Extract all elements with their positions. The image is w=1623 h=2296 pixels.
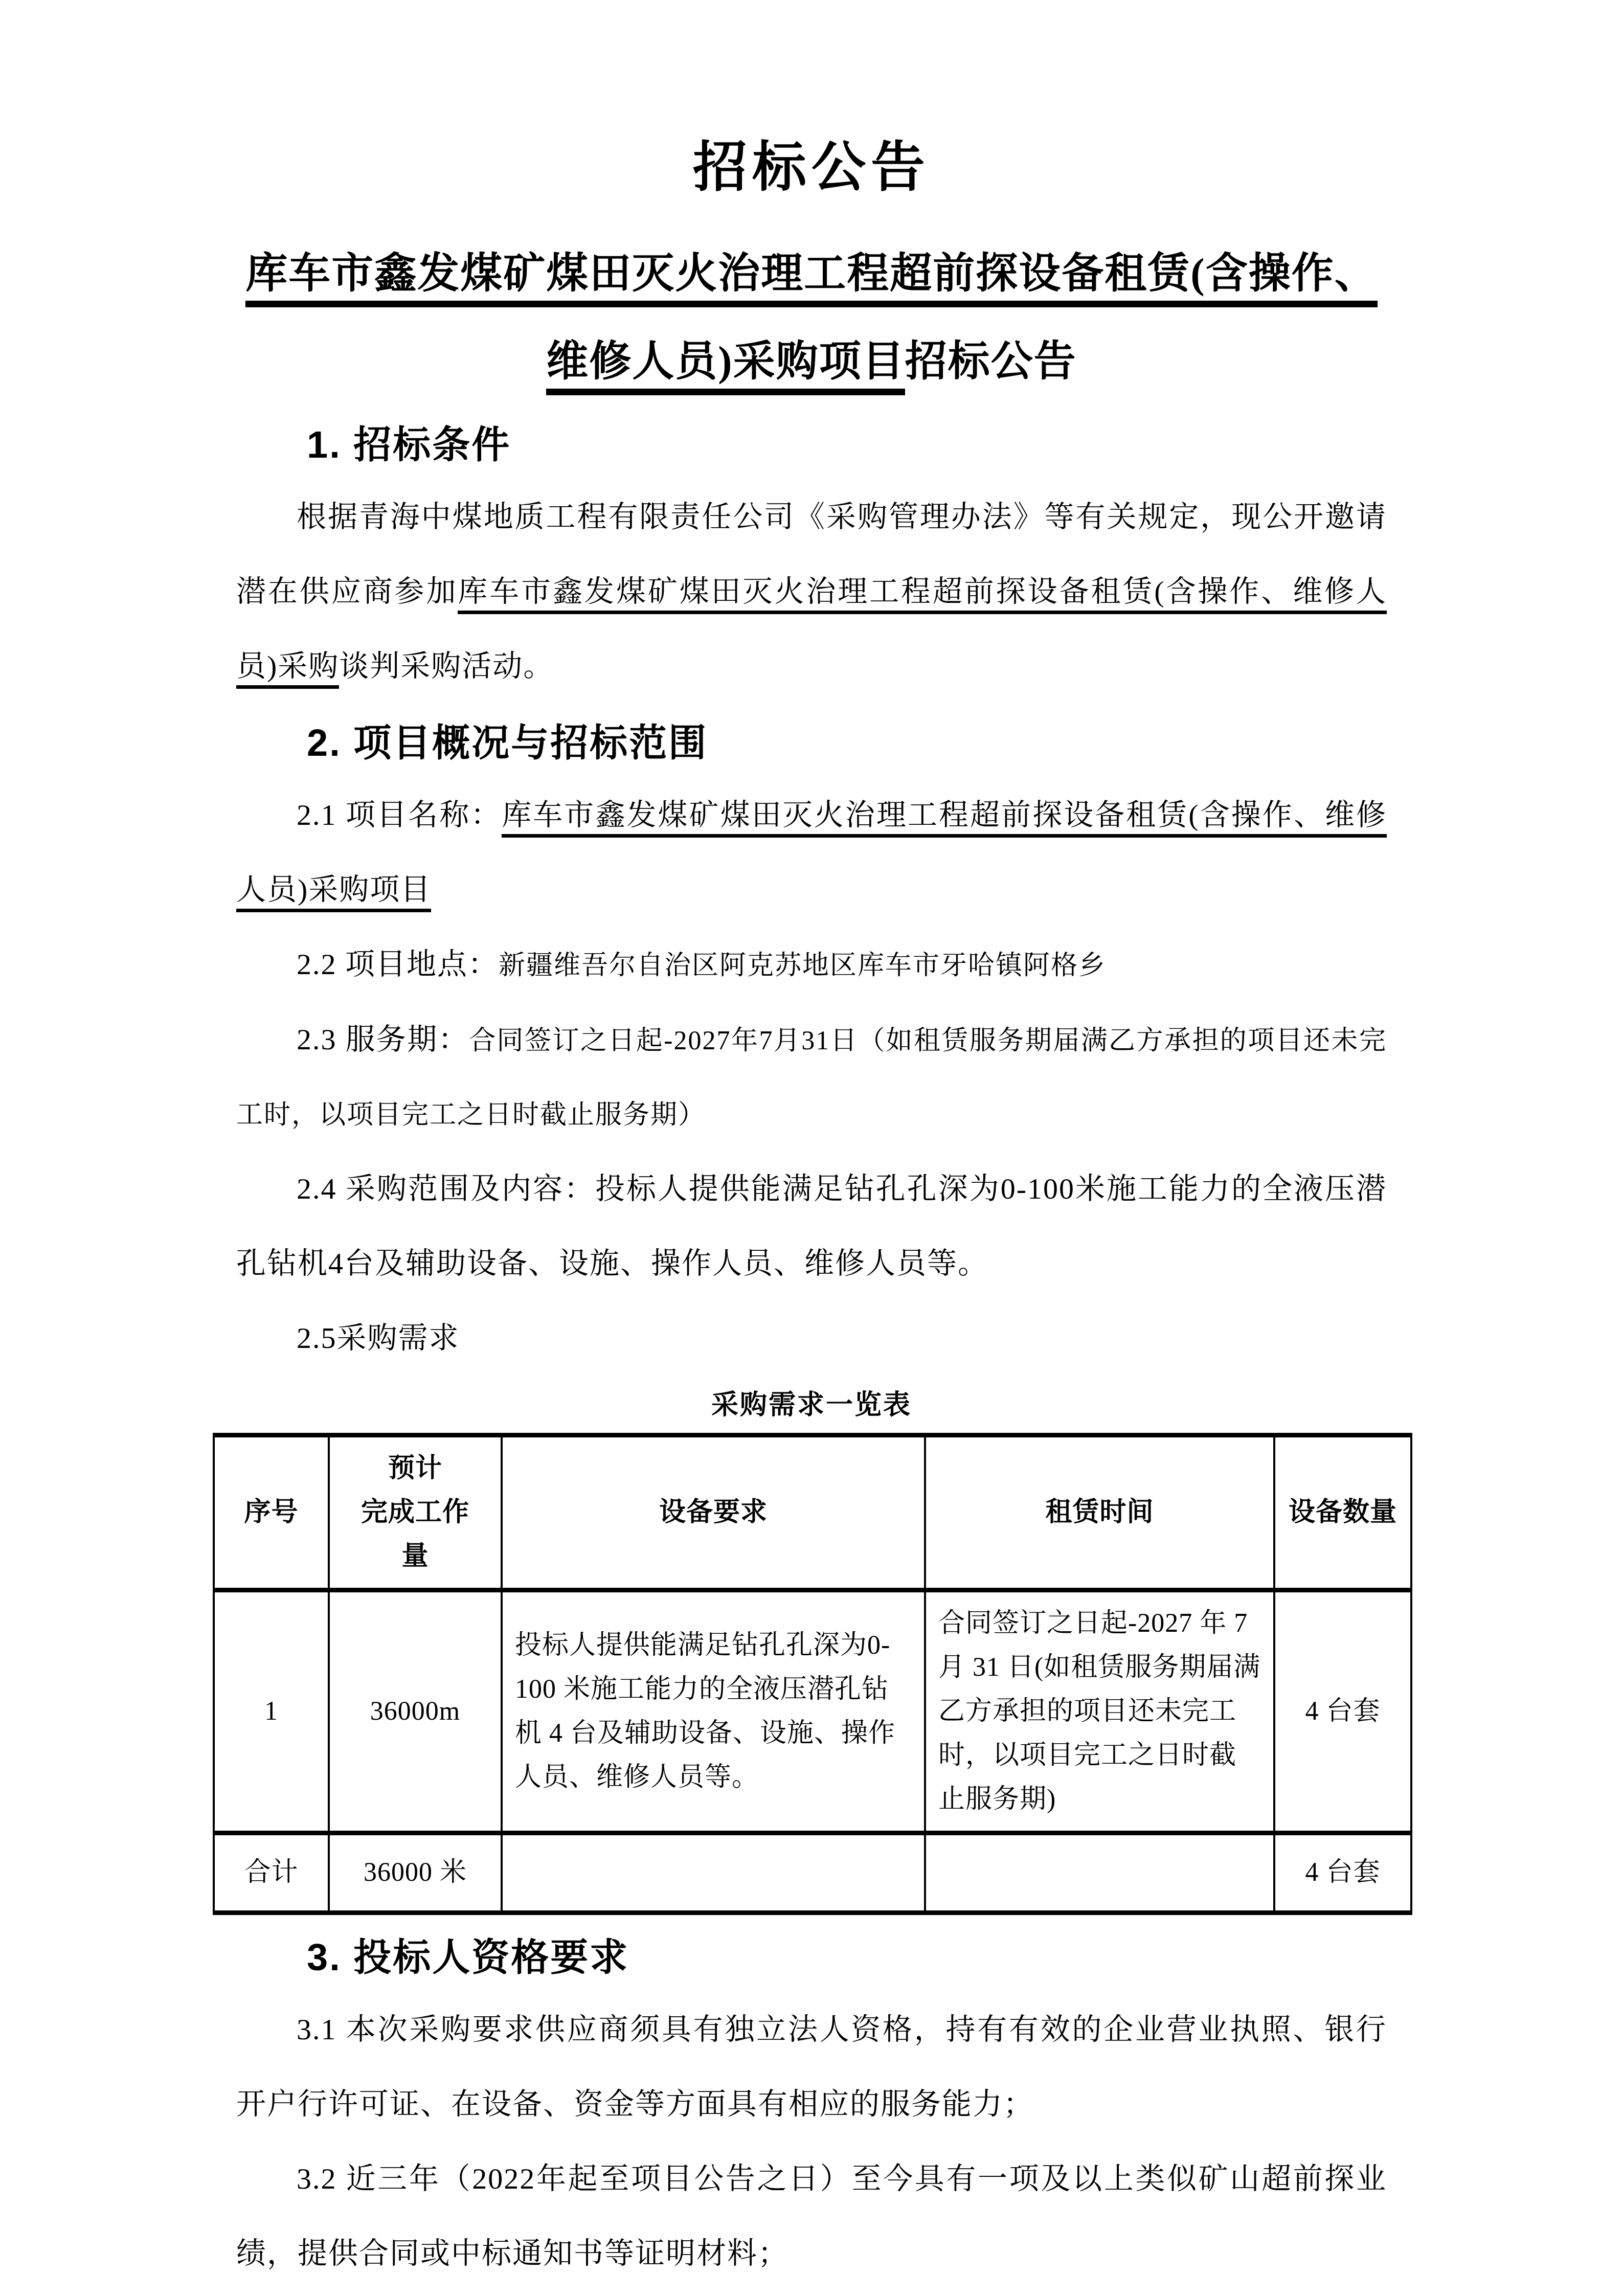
th-lease: 租赁时间: [925, 1435, 1274, 1590]
total-qty: 4 台套: [1274, 1833, 1411, 1912]
section-3-heading: 3. 投标人资格要求: [236, 1935, 1387, 1979]
subtitle-underlined-line1: 库车市鑫发煤矿煤田灭火治理工程超前探设备租赁(含操作、: [245, 250, 1377, 307]
item-2-1-label: 2.1 项目名称：: [297, 798, 502, 831]
th-qty: 设备数量: [1274, 1435, 1411, 1590]
item-2-3: 2.3 服务期：合同签订之日起-2027年7月31日（如租赁服务期届满乙方承担的…: [236, 1003, 1387, 1152]
th-workload: 预计 完成工作 量: [329, 1435, 502, 1590]
total-lease: [925, 1833, 1274, 1912]
cell-equipment: 投标人提供能满足钻孔孔深为0-100 米施工能力的全液压潜孔钻机 4 台及辅助设…: [502, 1590, 925, 1833]
table-header-row: 序号 预计 完成工作 量 设备要求 租赁时间 设备数量: [214, 1435, 1411, 1590]
document-page: 招标公告 库车市鑫发煤矿煤田灭火治理工程超前探设备租赁(含操作、 维修人员)采购…: [0, 0, 1623, 2296]
cell-lease: 合同签订之日起-2027 年 7 月 31 日(如租赁服务期届满乙方承担的项目还…: [925, 1590, 1274, 1833]
section-1-heading: 1. 招标条件: [236, 423, 1387, 466]
cell-seq: 1: [214, 1590, 329, 1833]
doc-subtitle: 库车市鑫发煤矿煤田灭火治理工程超前探设备租赁(含操作、 维修人员)采购项目招标公…: [236, 230, 1387, 406]
item-2-1: 2.1 项目名称：库车市鑫发煤矿煤田灭火治理工程超前探设备租赁(含操作、维修人员…: [236, 778, 1387, 927]
item-2-4: 2.4 采购范围及内容：投标人提供能满足钻孔孔深为0-100米施工能力的全液压潜…: [236, 1152, 1387, 1301]
total-workload: 36000 米: [329, 1833, 502, 1912]
section-1-paragraph: 根据青海中煤地质工程有限责任公司《采购管理办法》等有关规定，现公开邀请潜在供应商…: [236, 480, 1387, 704]
cell-qty: 4 台套: [1274, 1590, 1411, 1833]
subtitle-plain-suffix: 招标公告: [905, 338, 1077, 385]
th-equipment: 设备要求: [502, 1435, 925, 1590]
page-title: 招标公告: [236, 138, 1387, 198]
section-2-heading: 2. 项目概况与招标范围: [236, 721, 1387, 764]
item-3-2: 3.2 近三年（2022年起至项目公告之日）至今具有一项及以上类似矿山超前探业绩…: [236, 2142, 1387, 2291]
item-2-2: 2.2 项目地点：新疆维吾尔自治区阿克苏地区库车市牙哈镇阿格乡: [236, 927, 1387, 1003]
procurement-table: 序号 预计 完成工作 量 设备要求 租赁时间 设备数量 1 36000m 投标人…: [213, 1433, 1412, 1915]
item-2-3-label: 2.3 服务期：: [297, 1023, 469, 1056]
item-2-5-label: 2.5采购需求: [297, 1321, 460, 1355]
th-workload-text: 预计 完成工作 量: [342, 1447, 488, 1579]
item-2-5: 2.5采购需求: [236, 1301, 1387, 1376]
table-row: 1 36000m 投标人提供能满足钻孔孔深为0-100 米施工能力的全液压潜孔钻…: [214, 1590, 1411, 1833]
table-caption: 采购需求一览表: [236, 1389, 1387, 1422]
item-3-1: 3.1 本次采购要求供应商须具有独立法人资格，持有有效的企业营业执照、银行开户行…: [236, 1992, 1387, 2142]
item-2-2-value: 新疆维吾尔自治区阿克苏地区库车市牙哈镇阿格乡: [499, 951, 1106, 980]
total-seq: 合计: [214, 1833, 329, 1912]
table-total-row: 合计 36000 米 4 台套: [214, 1833, 1411, 1912]
cell-workload: 36000m: [329, 1590, 502, 1833]
item-2-2-label: 2.2 项目地点：: [297, 948, 499, 981]
th-seq: 序号: [214, 1435, 329, 1590]
subtitle-underlined-line2: 维修人员)采购项目: [546, 338, 905, 395]
total-equipment: [502, 1833, 925, 1912]
para-tail-text: 谈判采购活动。: [339, 649, 554, 683]
item-2-4-label: 2.4 采购范围及内容：: [297, 1172, 595, 1205]
